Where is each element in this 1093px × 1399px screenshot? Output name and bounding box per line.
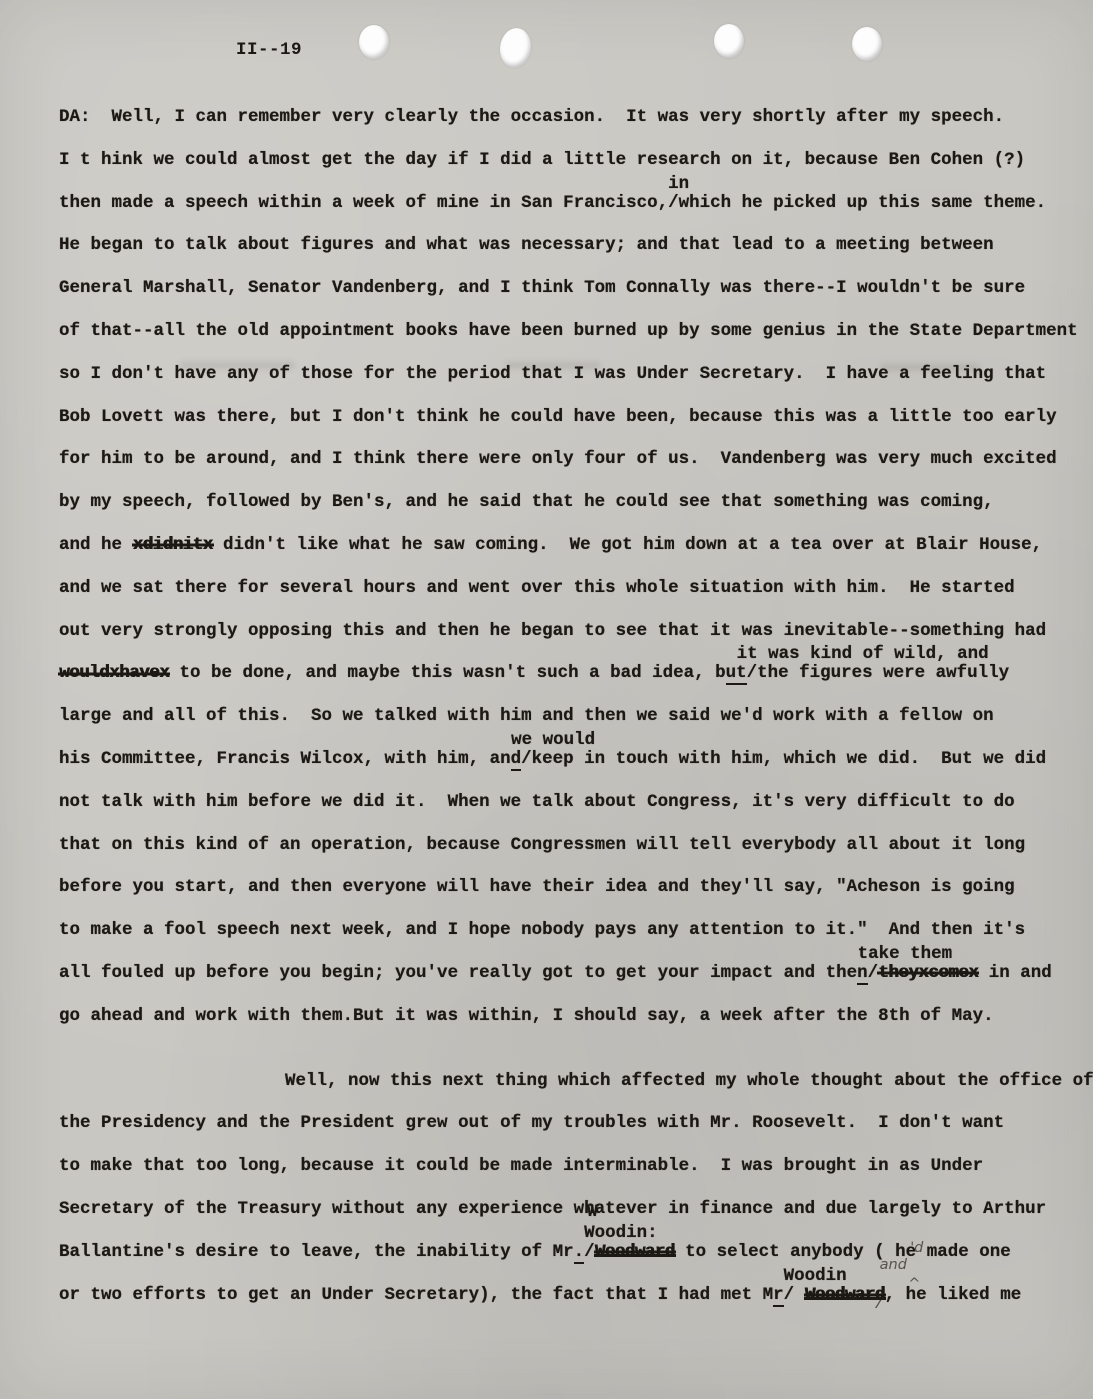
insertion-anchor: it was kind of wild, and/the figures wer… (747, 652, 1010, 695)
caret-underline: d (511, 749, 522, 771)
text-line: General Marshall, Senator Vandenberg, an… (59, 267, 1093, 310)
caret-underline: . (574, 1242, 585, 1264)
text-segment: made one (916, 1242, 1011, 1262)
text-segment: then made a speech within a week of mine… (59, 193, 668, 213)
text-line: then made a speech within a week of mine… (59, 182, 1093, 225)
strikethrough-text: theyxcomex (878, 963, 978, 983)
text-line: all fouled up before you begin; you've r… (59, 952, 1093, 995)
insertion-anchor: WWoodin:/Woodward (584, 1231, 675, 1274)
handwritten-annotation: and (880, 1258, 907, 1273)
text-line: DA: Well, I can remember very clearly th… (59, 96, 1093, 139)
text-segment: Ballantine's desire to leave, the inabil… (59, 1242, 574, 1262)
text-line: that on this kind of an operation, becau… (59, 824, 1093, 867)
interline-insertion: take them (858, 946, 953, 963)
interline-insertion: we would (511, 732, 595, 749)
text-segment: / (784, 1285, 805, 1305)
text-segment: /keep in touch with him, which we did. B… (521, 749, 1046, 769)
text-line: Well, now this next thing which affected… (59, 1060, 1093, 1103)
text-line: go ahead and work with them.But it was w… (59, 995, 1093, 1038)
text-line: the Presidency and the President grew ou… (59, 1102, 1093, 1145)
insertion-anchor: take them/theyxcomex in and (868, 952, 1052, 995)
strikethrough-text: Woodward (805, 1285, 885, 1305)
text-line: Secretary of the Treasury without any ex… (59, 1188, 1093, 1231)
text-segment: in and (978, 963, 1052, 983)
insertion-anchor: in/which he picked up this same theme. (668, 182, 1046, 225)
insertion-anchor: Woodinand7/ Woodward, he liked me (784, 1274, 1022, 1317)
text-line: and he xdidnitx didn't like what he saw … (59, 524, 1093, 567)
text-line: before you start, and then everyone will… (59, 866, 1093, 909)
strikethrough-text: wouldxhavex (59, 663, 169, 683)
text-line: to make that too long, because it could … (59, 1145, 1093, 1188)
text-line: Bob Lovett was there, but I don't think … (59, 396, 1093, 439)
text-segment: and he (59, 535, 133, 555)
text-line: and we sat there for several hours and w… (59, 567, 1093, 610)
text-segment: his Committee, Francis Wilcox, with him,… (59, 749, 511, 769)
insertion-anchor: we would/keep in touch with him, which w… (521, 738, 1046, 781)
punch-hole (714, 24, 744, 58)
strikethrough-text: Woodward (595, 1242, 675, 1262)
text-line: wouldxhavex to be done, and maybe this w… (59, 652, 1093, 695)
text-segment: to be done, and maybe this wasn't such a… (169, 663, 726, 683)
text-line: by my speech, followed by Ben's, and he … (59, 481, 1093, 524)
transcript-body: DA: Well, I can remember very clearly th… (59, 96, 1093, 1316)
text-line: not talk with him before we did it. When… (59, 781, 1093, 824)
text-line: I t hink we could almost get the day if … (59, 139, 1093, 182)
text-line: his Committee, Francis Wilcox, with him,… (59, 738, 1093, 781)
caret-underline: r (773, 1285, 784, 1307)
text-segment: /which he picked up this same theme. (668, 193, 1046, 213)
interline-insertion: Woodin (784, 1268, 847, 1285)
text-segment: all fouled up before you begin; you've r… (59, 963, 857, 983)
text-line: for him to be around, and I think there … (59, 438, 1093, 481)
text-segment: , he liked me (885, 1285, 1022, 1305)
interline-insertion: in (668, 176, 689, 193)
strikethrough-text: xdidnitx (133, 535, 213, 555)
page-number: II--19 (236, 40, 302, 60)
text-segment: or two efforts to get an Under Secretary… (59, 1285, 773, 1305)
interline-insertion: W (587, 1204, 598, 1221)
punch-hole (359, 25, 389, 59)
interline-insertion: Woodin: (584, 1225, 658, 1242)
interline-insertion: it was kind of wild, and (737, 646, 989, 663)
caret-underline: n (857, 963, 868, 985)
text-line: Ballantine's desire to leave, the inabil… (59, 1231, 1093, 1274)
punch-hole (852, 27, 882, 61)
text-line: He began to talk about figures and what … (59, 224, 1093, 267)
text-line: or two efforts to get an Under Secretary… (59, 1274, 1093, 1317)
text-line: of that--all the old appointment books h… (59, 310, 1093, 353)
punch-hole (497, 26, 533, 70)
text-segment: /the figures were awfully (747, 663, 1010, 683)
document-page: II--19 DA: Well, I can remember very cle… (0, 0, 1093, 1399)
text-segment: didn't like what he saw coming. We got h… (213, 535, 1043, 555)
handwritten-annotation: 'd (910, 1241, 923, 1256)
text-line: so I don't have any of those for the per… (59, 353, 1093, 396)
caret-underline: ut (726, 663, 747, 685)
